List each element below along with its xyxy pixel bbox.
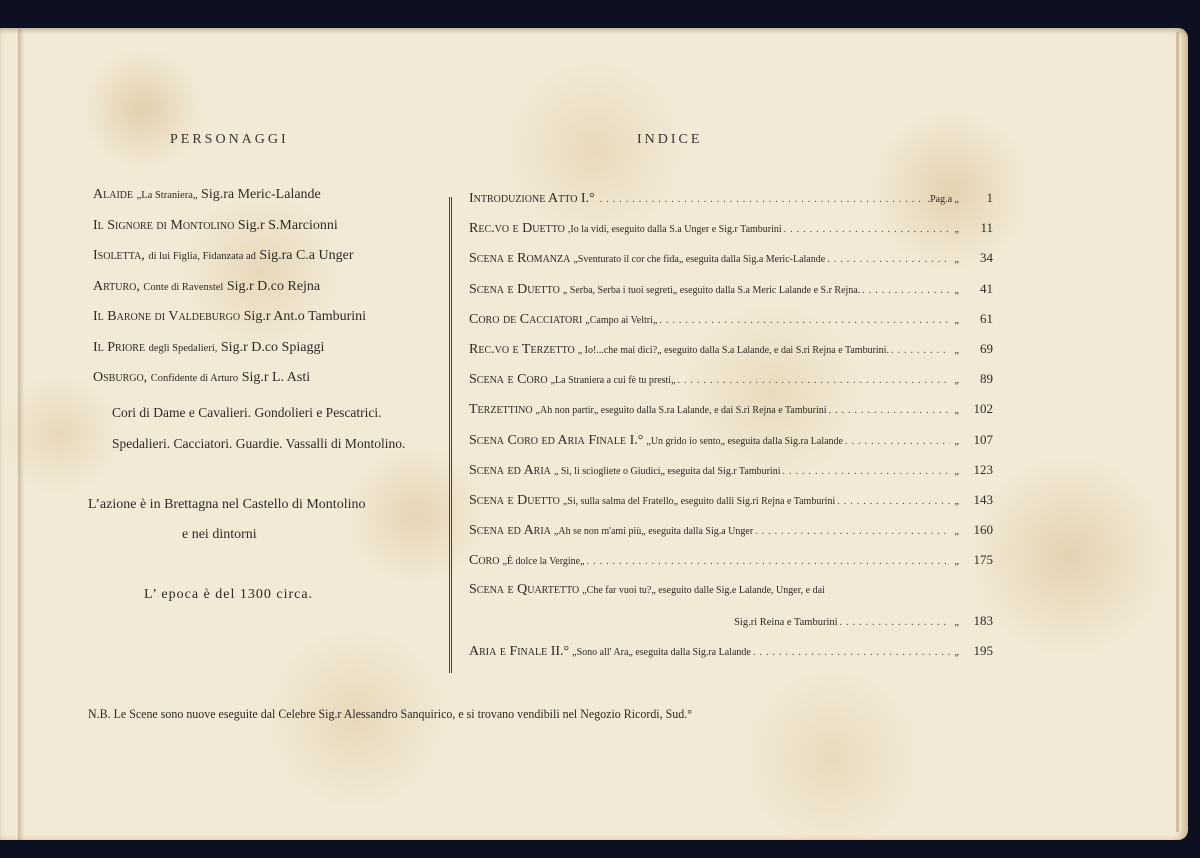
character-row: Osburgo, Confidente di Arturo Sig.r L. A… [93,370,453,401]
leader-dots: ........................................… [782,466,949,477]
toc-title: Coro [469,553,499,569]
character-row: Il Signore di Montolino Sig.r S.Marcionn… [93,218,453,249]
toc-entry: Terzettino „Ah non partir„ eseguito dall… [469,401,993,431]
toc-title: Scena Coro ed Aria Finale I.° [469,433,643,449]
setting-line-2: e nei dintorni [182,527,257,543]
toc-desc: „Sono all' Ara„ eseguita dalla Sig.ra La… [572,647,751,658]
toc-title: Coro de Cacciatori [469,312,582,328]
toc-entry: Scena e Coro „La Straniera a cui fè tu p… [469,371,993,401]
leader-dots: ........................................… [829,405,950,416]
toc-page: 102 [959,401,993,417]
toc-title: Scena e Romanza [469,251,570,267]
toc-title: Terzettino [469,402,533,418]
toc-entry: Scena e Duetto „ Serba, Serba i tuoi seg… [469,281,993,311]
toc-title: Scena e Duetto [469,493,560,509]
toc-page: 1 [959,190,993,206]
character-detail: Confidente di Arturo [151,373,239,384]
leader-dots: ........................................… [600,194,923,205]
character-list: Alaide „La Straniera„ Sig.ra Meric-Lalan… [93,187,453,401]
toc-prefix: .Pag.a „ [928,194,959,205]
character-singer: Sig.ra C.a Unger [259,248,353,263]
character-role: Isoletta, [93,248,145,263]
toc-title: Scena e Coro [469,372,548,388]
chorus-line-2: Spedalieri. Cacciatori. Guardie. Vassall… [112,436,405,452]
indice-heading: INDICE [637,132,702,148]
toc-entry: Aria e Finale II.° „Sono all' Ara„ esegu… [469,643,993,673]
toc-entry: Coro „È dolce la Vergine„ ..............… [469,552,993,582]
character-singer: Sig.r D.co Spiaggi [221,340,324,355]
leader-dots: ........................................… [862,285,949,296]
footnote: N.B. Le Scene sono nuove eseguite dal Ce… [88,706,692,722]
character-singer: Sig.r D.co Rejna [227,279,320,294]
character-row: Alaide „La Straniera„ Sig.ra Meric-Lalan… [93,187,453,218]
character-singer: Sig.r L. Asti [242,370,310,385]
toc-entry: Scena ed Aria „Ah se non m'ami più„ eseg… [469,522,993,552]
leader-dots: ........................................… [659,315,949,326]
toc-title: Scena e Duetto [469,282,560,298]
toc-title: Scena ed Aria [469,463,551,479]
page-edge [1176,32,1179,832]
toc-entry: Introduzione Atto I.° ..................… [469,190,993,220]
toc-title: Rec.vo e Terzetto [469,342,575,358]
toc-entry: Scena e Duetto „Si, sulla salma del Frat… [469,492,993,522]
toc-page: 143 [959,492,993,508]
character-detail: degli Spedalieri, [149,343,218,354]
toc-desc: „ Serba, Serba i tuoi segreti„ eseguito … [563,285,860,296]
toc-page: 34 [959,250,993,266]
toc-desc: „Ah non partir„ eseguito dalla S.ra Lala… [536,405,827,416]
leader-dots: ........................................… [678,375,950,386]
toc-page: 175 [959,552,993,568]
leader-dots: ........................................… [753,647,950,658]
toc-desc: „È dolce la Vergine„ [502,556,584,567]
epoch-line: L’ epoca è del 1300 circa. [144,587,313,603]
character-detail: Conte di Ravenstel [143,282,223,293]
toc-page: 69 [959,341,993,357]
toc-desc: Sig.ri Reina e Tamburini [734,617,837,628]
leader-dots: ........................................… [837,496,949,507]
toc-title: Aria e Finale II.° [469,644,569,660]
leader-dots: ........................................… [845,436,950,447]
character-role: Osburgo, [93,370,147,385]
character-detail: „La Straniera„ [137,190,198,201]
toc-desc: „ Si, li sciogliete o Giudici„ eseguita … [554,466,781,477]
leader-dots: ........................................… [755,526,949,537]
leader-dots: ........................................… [587,556,950,567]
character-singer: Sig.r Ant.o Tamburini [244,309,366,324]
character-row: Arturo, Conte di Ravenstel Sig.r D.co Re… [93,279,453,310]
toc-desc: „ Io!...che mai dici?„ eseguito dalla S.… [578,345,889,356]
character-row: Isoletta, di lui Figlia, Fidanzata ad Si… [93,248,453,279]
character-role: Arturo, [93,279,140,294]
leader-dots: ........................................… [784,224,950,235]
character-role: Il Signore di Montolino [93,218,234,233]
toc-page: 89 [959,371,993,387]
character-role: Alaide [93,187,133,202]
book-gutter [18,28,24,840]
chorus-line-1: Cori di Dame e Cavalieri. Gondolieri e P… [112,405,382,421]
toc-entry: Scena Coro ed Aria Finale I.° „Un grido … [469,432,993,462]
toc-entry: Scena e Quartetto „Che far vuoi tu?„ ese… [469,582,993,612]
leader-dots: .............................. [840,617,950,628]
toc-desc: „Che far vuoi tu?„ eseguito dalle Sig.e … [582,585,825,596]
toc-desc: „Campo ai Veltri„ [585,315,657,326]
column-divider [449,197,452,673]
character-singer: Sig.r S.Marcionni [238,218,338,233]
toc-desc: „Un grido io sento„ eseguita dalla Sig.r… [646,436,843,447]
character-row: Il Barone di Valdeburgo Sig.r Ant.o Tamb… [93,309,453,340]
character-role: Il Barone di Valdeburgo [93,309,240,324]
toc-entry: Rec.vo e Duetto ,Io la vidi, eseguito da… [469,220,993,250]
toc-title: Scena ed Aria [469,523,551,539]
toc-page: 183 [959,613,993,629]
leader-dots: ........................................… [827,254,949,265]
toc-page: 160 [959,522,993,538]
toc-entry: Rec.vo e Terzetto „ Io!...che mai dici?„… [469,341,993,371]
toc-entry-continuation: Sig.ri Reina e Tamburini ...............… [469,613,993,643]
personaggi-heading: PERSONAGGI [170,132,289,148]
toc-page: 41 [959,281,993,297]
toc-page: 123 [959,462,993,478]
toc-title: Introduzione Atto I.° [469,191,595,207]
toc-desc: „La Straniera a cui fè tu presti„ [551,375,676,386]
character-role: Il Priore [93,340,145,355]
character-singer: Sig.ra Meric-Lalande [201,187,321,202]
character-detail: di lui Figlia, Fidanzata ad [148,251,256,262]
toc-entry: Scena ed Aria „ Si, li sciogliete o Giud… [469,462,993,492]
setting-line-1: L’azione è in Brettagna nel Castello di … [88,497,365,513]
toc-page: 11 [959,220,993,236]
toc-desc: „Si, sulla salma del Fratello„ eseguito … [563,496,835,507]
toc-entry: Scena e Romanza „Sventurato il cor che f… [469,250,993,280]
toc-page: 107 [959,432,993,448]
toc-title: Rec.vo e Duetto [469,221,565,237]
toc-title: Scena e Quartetto [469,582,579,598]
table-of-contents: Introduzione Atto I.° ..................… [469,190,993,673]
toc-page: 195 [959,643,993,659]
character-row: Il Priore degli Spedalieri, Sig.r D.co S… [93,340,453,371]
toc-desc: „Ah se non m'ami più„ eseguita dalla Sig… [554,526,753,537]
toc-desc: „Sventurato il cor che fida„ eseguita da… [573,254,825,265]
toc-page: 61 [959,311,993,327]
leader-dots: ........................................… [891,345,950,356]
toc-entry: Coro de Cacciatori „Campo ai Veltri„ ...… [469,311,993,341]
toc-desc: ,Io la vidi, eseguito dalla S.a Unger e … [568,224,782,235]
